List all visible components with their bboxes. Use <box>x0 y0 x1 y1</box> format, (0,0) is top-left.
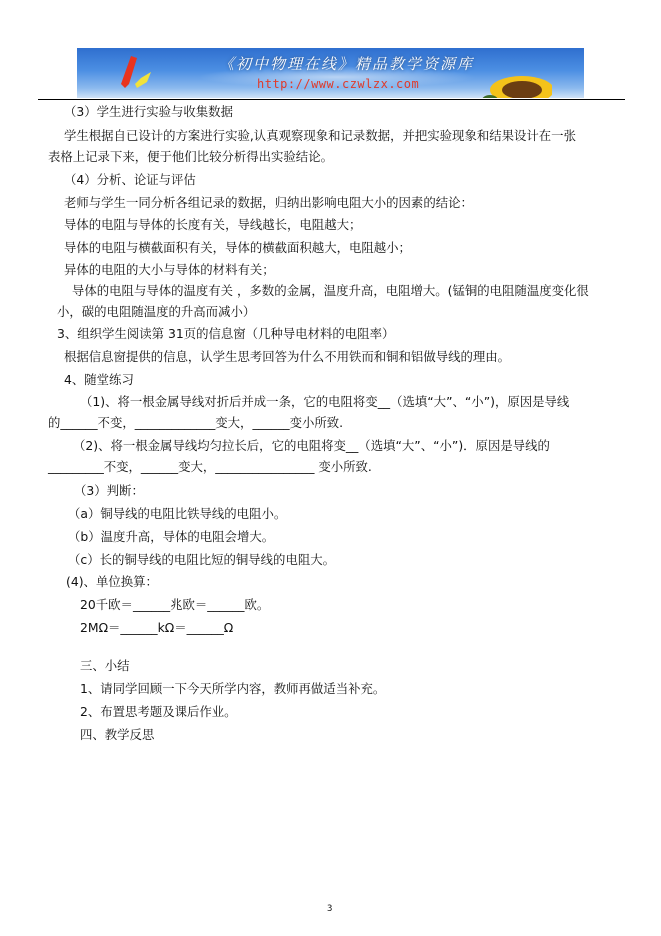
paragraph-line: 导体的电阻与导体的温度有关 ，多数的金属，温度升高，电阻增大。(锰铜的电阻随温度… <box>72 283 589 299</box>
section-heading: （3）判断： <box>74 483 144 499</box>
section-heading: （3）学生进行实验与收集数据 <box>64 104 233 120</box>
section-heading: 4、随堂练习 <box>64 372 134 388</box>
section-heading: 三、小结 <box>80 658 130 674</box>
paragraph-line: 根据信息窗提供的信息，认学生思考回答为什么不用铁而和铜和铝做导线的理由。 <box>64 349 510 365</box>
exercise-line: （a）铜导线的电阻比铁导线的电阻小。 <box>68 506 286 522</box>
exercise-line: （c）长的铜导线的电阻比短的铜导线的电阻大。 <box>68 552 335 568</box>
sunflower-icon <box>482 66 552 98</box>
paragraph-line: 异体的电阻的大小与导体的材料有关； <box>64 262 275 278</box>
exercise-line: 20千欧＝______兆欧＝______欧。 <box>80 597 269 613</box>
exercise-line: （2)、将一根金属导线均匀拉长后，它的电阻将变__（选填“大”、“小”)．原因是… <box>73 438 550 454</box>
paragraph-line: 2、布置思考题及课后作业。 <box>80 704 237 720</box>
exercise-line: （1)、将一根金属导线对折后并成一条，它的电阻将变__（选填“大”、“小”)，原… <box>80 394 569 410</box>
page-number: 3 <box>327 904 332 914</box>
header-banner: 《初中物理在线》精品教学资源库 http://www.czwlzx.com <box>77 48 584 98</box>
exercise-line: 的______不变，_____________变大，______变小所致. <box>48 415 343 431</box>
paragraph-line: 老师与学生一同分析各组记录的数据，归纳出影响电阻大小的因素的结论： <box>64 195 473 211</box>
section-heading: (4)、单位换算： <box>66 574 158 590</box>
czwlzx-logo-icon <box>117 54 157 94</box>
paragraph-line: 表格上记录下来，便于他们比较分析得出实验结论。 <box>48 149 333 165</box>
section-heading: 四、教学反思 <box>80 727 154 743</box>
banner-title: 《初中物理在线》精品教学资源库 <box>219 53 474 74</box>
paragraph-line: 导体的电阻与导体的长度有关，导线越长，电阻越大； <box>64 217 361 233</box>
exercise-line: （b）温度升高，导体的电阻会增大。 <box>68 529 274 545</box>
banner-url: http://www.czwlzx.com <box>257 77 419 91</box>
section-heading: 3、组织学生阅读第 31页的信息窗（几种导电材料的电阻率） <box>57 326 394 342</box>
section-heading: （4）分析、论证与评估 <box>64 172 196 188</box>
paragraph-line: 小，碳的电阻随温度的升高而减小） <box>57 304 255 320</box>
paragraph-line: 导体的电阻与横截面积有关，导体的横截面积越大，电阻越小； <box>64 240 411 256</box>
paragraph-line: 学生根据自已设计的方案进行实验,认真观察现象和记录数据，并把实验现象和结果设计在… <box>64 128 576 144</box>
paragraph-line: 1、请同学回顾一下今天所学内容，教师再做适当补充。 <box>80 681 385 697</box>
exercise-line: 2MΩ＝______kΩ＝______Ω <box>80 620 233 636</box>
exercise-line: _________不变，______变大，________________ 变小… <box>48 459 372 475</box>
header-rule <box>38 99 625 100</box>
